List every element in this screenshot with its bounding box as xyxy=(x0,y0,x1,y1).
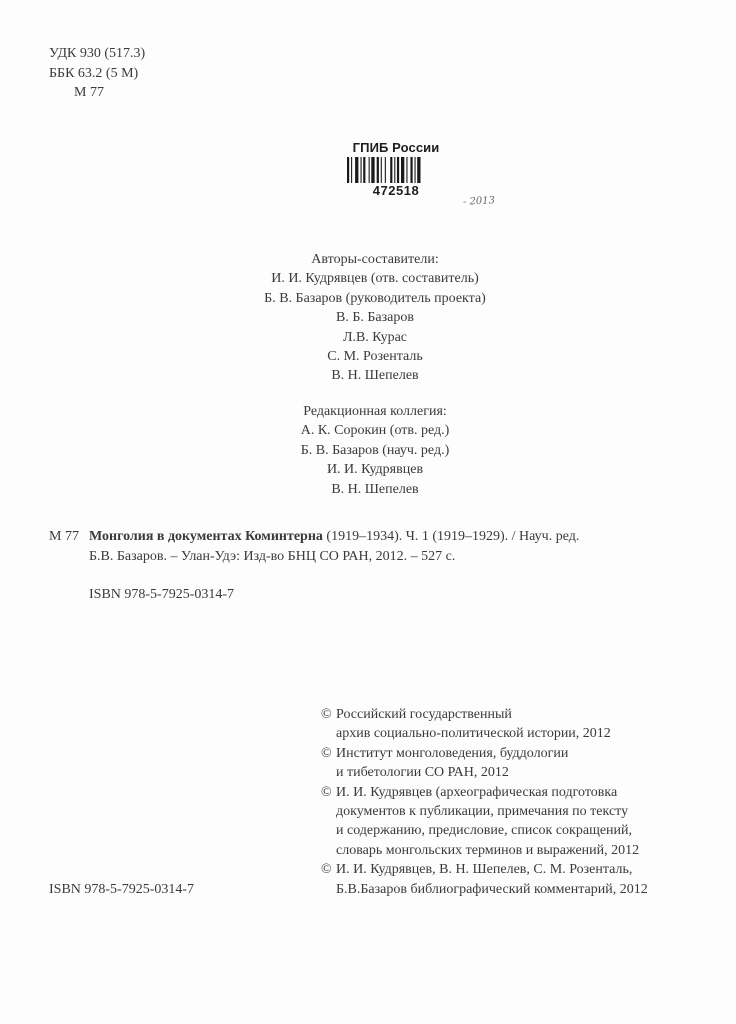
author-name: Б. В. Базаров (руководитель проекта) xyxy=(200,289,550,308)
author-name: В. Б. Базаров xyxy=(200,308,550,327)
author-name: И. И. Кудрявцев (отв. составитель) xyxy=(200,269,550,288)
copyright-entry: ©И. И. Кудрявцев, В. Н. Шепелев, С. М. Р… xyxy=(321,860,721,899)
editor-name: А. К. Сорокин (отв. ред.) xyxy=(200,421,550,440)
bib-isbn: ISBN 978-5-7925-0314-7 xyxy=(49,585,689,605)
editorial-board-block: Редакционная коллегия: А. К. Сорокин (от… xyxy=(200,402,550,499)
copyright-line: И. И. Кудрявцев (археографическая подгот… xyxy=(336,785,617,800)
copyright-icon: © xyxy=(321,860,336,879)
copyright-line: Российский государственный xyxy=(336,707,512,722)
bbk-code: ББК 63.2 (5 М) xyxy=(49,64,145,84)
barcode-icon xyxy=(346,157,446,183)
udk-code: УДК 930 (517.3) xyxy=(49,44,145,64)
classification-block: УДК 930 (517.3) ББК 63.2 (5 М) М 77 xyxy=(49,44,145,103)
copyright-entry: ©Институт монголоведения, буддологии и т… xyxy=(321,744,721,783)
copyright-line: Б.В.Базаров библиографический комментари… xyxy=(321,880,721,899)
handwritten-note: - 2013 xyxy=(463,191,496,212)
bib-line-2: Б.В. Базаров. – Улан-Удэ: Изд-во БНЦ СО … xyxy=(49,547,689,567)
copyright-icon: © xyxy=(321,783,336,802)
bib-line-1: М 77Монголия в документах Коминтерна (19… xyxy=(49,527,689,547)
editor-name: И. И. Кудрявцев xyxy=(200,460,550,479)
copyright-line: Институт монголоведения, буддологии xyxy=(336,746,568,761)
editorial-heading: Редакционная коллегия: xyxy=(200,402,550,421)
authors-block: Авторы-составители: И. И. Кудрявцев (отв… xyxy=(200,250,550,386)
copyright-icon: © xyxy=(321,744,336,763)
isbn-bottom: ISBN 978-5-7925-0314-7 xyxy=(49,880,194,899)
bib-code: М 77 xyxy=(49,527,89,547)
copyright-line: словарь монгольских терминов и выражений… xyxy=(321,841,721,860)
copyright-icon: © xyxy=(321,705,336,724)
bib-line-1-rest: (1919–1934). Ч. 1 (1919–1929). / Науч. р… xyxy=(323,529,579,544)
bibliographic-record: М 77Монголия в документах Коминтерна (19… xyxy=(49,527,689,605)
document-page: УДК 930 (517.3) ББК 63.2 (5 М) М 77 ГПИБ… xyxy=(0,0,736,1024)
library-stamp: ГПИБ России 472518 xyxy=(344,141,448,198)
copyright-line: и содержанию, предисловие, список сокращ… xyxy=(321,821,721,840)
copyright-entry: ©Российский государственный архив социал… xyxy=(321,705,721,744)
author-name: В. Н. Шепелев xyxy=(200,366,550,385)
author-name: Л.В. Курас xyxy=(200,328,550,347)
book-title: Монголия в документах Коминтерна xyxy=(89,529,323,544)
author-mark: М 77 xyxy=(49,83,145,103)
inventory-number: 472518 xyxy=(344,184,448,198)
library-name: ГПИБ России xyxy=(344,141,448,155)
copyright-line: И. И. Кудрявцев, В. Н. Шепелев, С. М. Ро… xyxy=(336,862,632,877)
copyright-line: документов к публикации, примечания по т… xyxy=(321,802,721,821)
copyright-line: и тибетологии СО РАН, 2012 xyxy=(321,763,721,782)
copyright-line: архив социально-политической истории, 20… xyxy=(321,724,721,743)
copyright-entry: ©И. И. Кудрявцев (археографическая подго… xyxy=(321,783,721,861)
editor-name: Б. В. Базаров (науч. ред.) xyxy=(200,441,550,460)
copyright-block: ©Российский государственный архив социал… xyxy=(321,705,721,899)
authors-heading: Авторы-составители: xyxy=(200,250,550,269)
editor-name: В. Н. Шепелев xyxy=(200,480,550,499)
author-name: С. М. Розенталь xyxy=(200,347,550,366)
